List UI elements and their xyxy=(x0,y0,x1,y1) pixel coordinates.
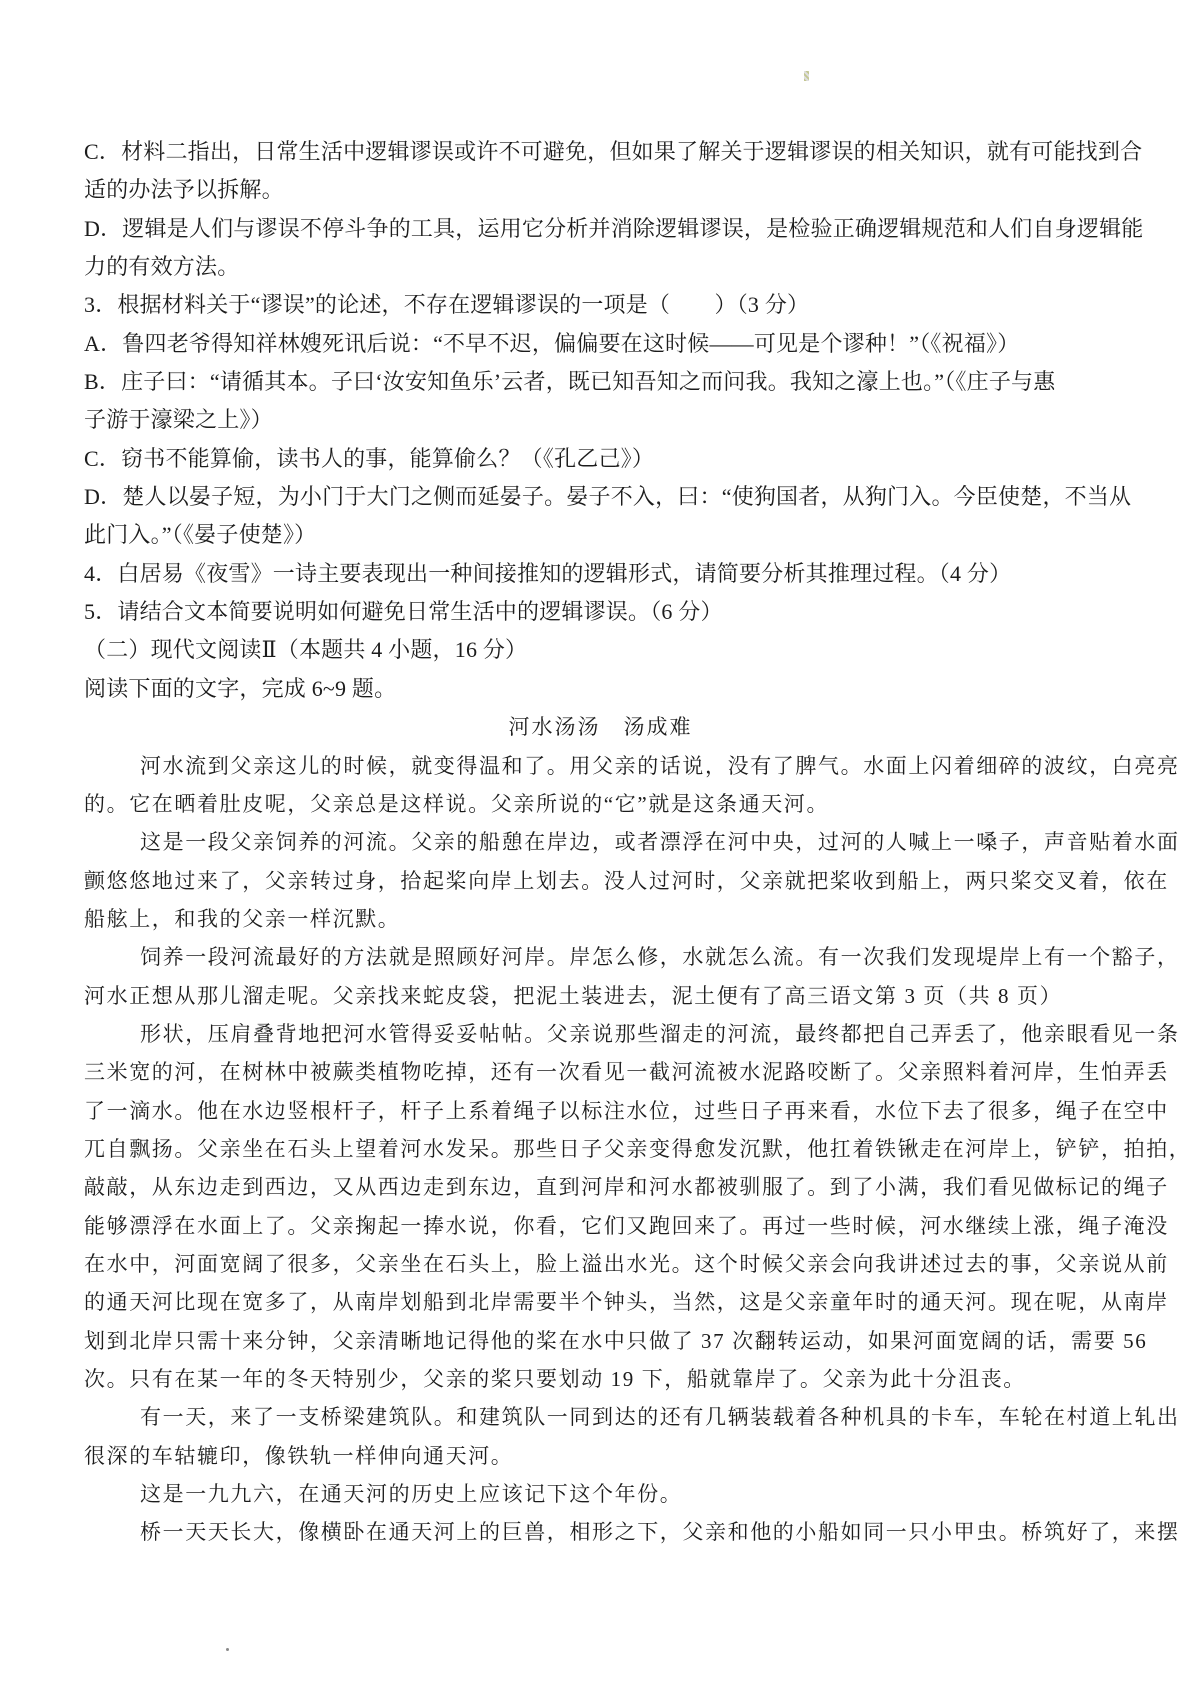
text-line: 兀自飘扬。父亲坐在石头上望着河水发呆。那些日子父亲变得愈发沉默，他扛着铁锹走在河… xyxy=(84,1130,1117,1168)
text-line: （二）现代文阅读Ⅱ（本题共 4 小题，16 分） xyxy=(84,631,1117,669)
text-line: 的。它在晒着肚皮呢，父亲总是这样说。父亲所说的“它”就是这条通天河。 xyxy=(84,785,1117,823)
text-line: 三米宽的河，在树林中被蕨类植物吃掉，还有一次看见一截河流被水泥路咬断了。父亲照料… xyxy=(84,1053,1117,1091)
text-line: 敲敲，从东边走到西边，又从西边走到东边，直到河岸和河水都被驯服了。到了小满，我们… xyxy=(84,1168,1117,1206)
text-line: 河水汤汤 汤成难 xyxy=(84,708,1117,746)
text-line: 饲养一段河流最好的方法就是照顾好河岸。岸怎么修，水就怎么流。有一次我们发现堤岸上… xyxy=(84,938,1117,976)
text-line: 5．请结合文本简要说明如何避免日常生活中的逻辑谬误。（6 分） xyxy=(84,593,1117,631)
text-line: 有一天，来了一支桥梁建筑队。和建筑队一同到达的还有几辆装载着各种机具的卡车，车轮… xyxy=(84,1398,1117,1436)
text-line: 力的有效方法。 xyxy=(84,248,1117,286)
text-line: D．逻辑是人们与谬误不停斗争的工具，运用它分析并消除逻辑谬误，是检验正确逻辑规范… xyxy=(84,210,1117,248)
text-line: 河水正想从那儿溜走呢。父亲找来蛇皮袋，把泥土装进去，泥土便有了高三语文第 3 页… xyxy=(84,977,1117,1015)
page-text: C．材料二指出，日常生活中逻辑谬误或许不可避免，但如果了解关于逻辑谬误的相关知识… xyxy=(84,133,1117,1552)
text-line: C．窃书不能算偷，读书人的事，能算偷么？（《孔乙己》） xyxy=(84,440,1117,478)
scan-artifact-speck xyxy=(804,71,809,81)
text-line: 颤悠悠地过来了，父亲转过身，拾起桨向岸上划去。没人过河时，父亲就把桨收到船上，两… xyxy=(84,862,1117,900)
text-line: 了一滴水。他在水边竖根杆子，杆子上系着绳子以标注水位，过些日子再来看，水位下去了… xyxy=(84,1092,1117,1130)
text-line: 这是一段父亲饲养的河流。父亲的船憩在岸边，或者漂浮在河中央，过河的人喊上一嗓子，… xyxy=(84,823,1117,861)
text-line: 适的办法予以拆解。 xyxy=(84,171,1117,209)
text-line: 在水中，河面宽阔了很多，父亲坐在石头上，脸上溢出水光。这个时候父亲会向我讲述过去… xyxy=(84,1245,1117,1283)
text-line: 此门入。”（《晏子使楚》） xyxy=(84,516,1117,554)
text-line: 能够漂浮在水面上了。父亲掬起一捧水说，你看，它们又跑回来了。再过一些时候，河水继… xyxy=(84,1207,1117,1245)
text-line: 形状，压肩叠背地把河水管得妥妥帖帖。父亲说那些溜走的河流，最终都把自己弄丢了，他… xyxy=(84,1015,1117,1053)
text-line: C．材料二指出，日常生活中逻辑谬误或许不可避免，但如果了解关于逻辑谬误的相关知识… xyxy=(84,133,1117,171)
text-line: D．楚人以晏子短，为小门于大门之侧而延晏子。晏子不入，曰：“使狗国者，从狗门入。… xyxy=(84,478,1117,516)
text-line: 船舷上，和我的父亲一样沉默。 xyxy=(84,900,1117,938)
document-page: C．材料二指出，日常生活中逻辑谬误或许不可避免，但如果了解关于逻辑谬误的相关知识… xyxy=(0,0,1200,1698)
text-line: 3．根据材料关于“谬误”的论述，不存在逻辑谬误的一项是（ ）（3 分） xyxy=(84,286,1117,324)
text-line: 的通天河比现在宽多了，从南岸划船到北岸需要半个钟头，当然，这是父亲童年时的通天河… xyxy=(84,1283,1117,1321)
text-line: B．庄子曰：“请循其本。子曰‘汝安知鱼乐’云者，既已知吾知之而问我。我知之濠上也… xyxy=(84,363,1117,401)
text-line: 子游于濠梁之上》） xyxy=(84,401,1117,439)
text-line: 划到北岸只需十来分钟，父亲清晰地记得他的桨在水中只做了 37 次翻转运动，如果河… xyxy=(84,1322,1117,1360)
text-line: 这是一九九六，在通天河的历史上应该记下这个年份。 xyxy=(84,1475,1117,1513)
text-line: A．鲁四老爷得知祥林嫂死讯后说：“不早不迟，偏偏要在这时候——可见是个谬种！”（… xyxy=(84,325,1117,363)
text-line: 阅读下面的文字，完成 6~9 题。 xyxy=(84,670,1117,708)
scan-artifact-dot xyxy=(226,1648,229,1651)
text-line: 桥一天天长大，像横卧在通天河上的巨兽，相形之下，父亲和他的小船如同一只小甲虫。桥… xyxy=(84,1513,1117,1551)
text-line: 4．白居易《夜雪》一诗主要表现出一种间接推知的逻辑形式，请简要分析其推理过程。（… xyxy=(84,555,1117,593)
text-line: 很深的车轱辘印，像铁轨一样伸向通天河。 xyxy=(84,1437,1117,1475)
text-line: 河水流到父亲这儿的时候，就变得温和了。用父亲的话说，没有了脾气。水面上闪着细碎的… xyxy=(84,747,1117,785)
text-line: 次。只有在某一年的冬天特别少，父亲的桨只要划动 19 下，船就靠岸了。父亲为此十… xyxy=(84,1360,1117,1398)
